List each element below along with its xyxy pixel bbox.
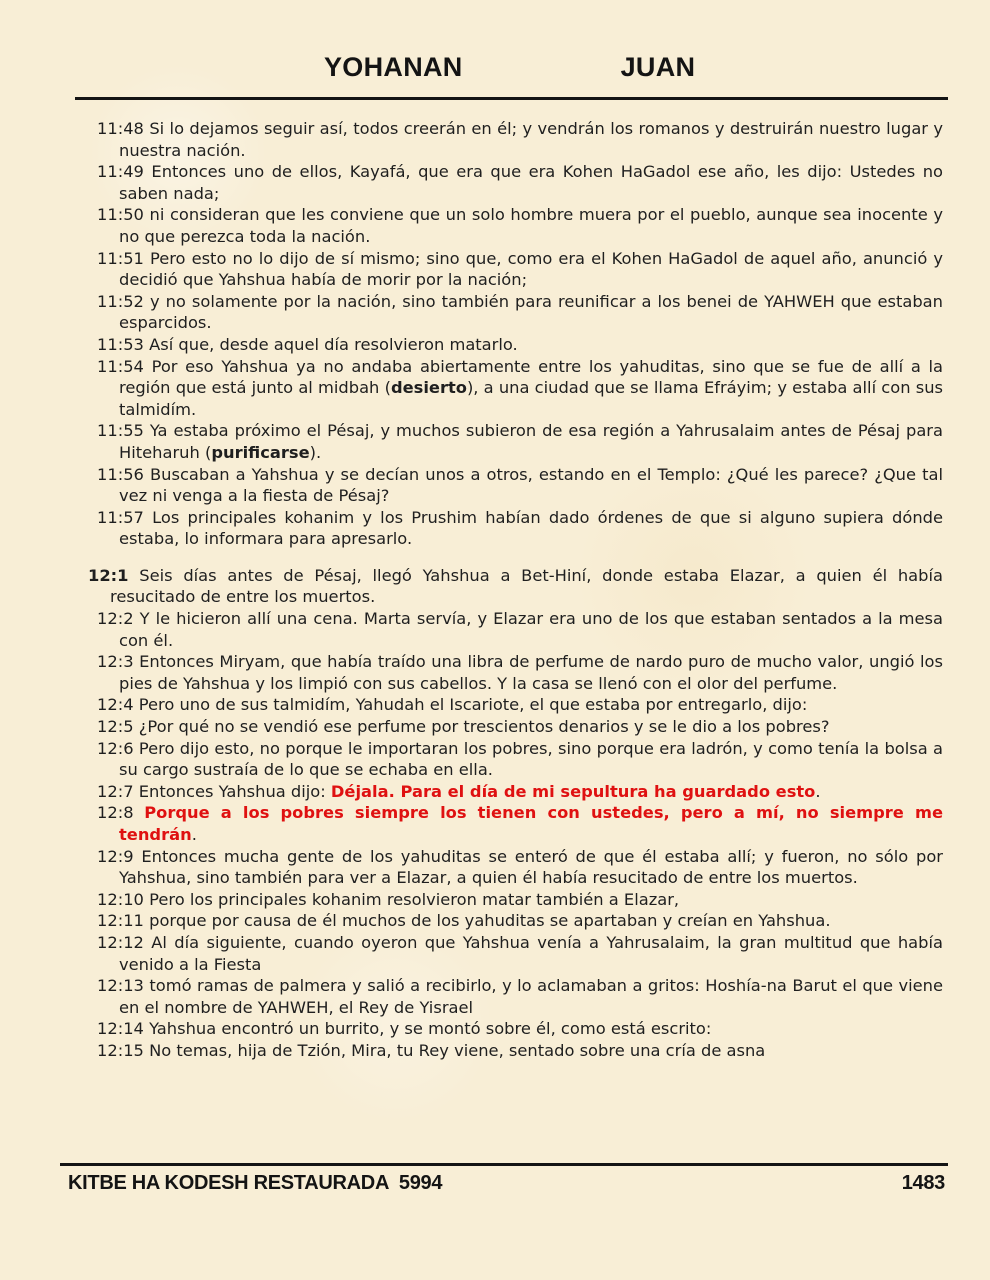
verse-number: 12:11 [97, 911, 144, 930]
verse-12-3: 12:3 Entonces Miryam, que había traído u… [97, 651, 943, 694]
verse-number: 12:14 [97, 1019, 144, 1038]
verse-number: 11:50 [97, 205, 144, 224]
verse-text: Si lo dejamos seguir así, todos creerán … [119, 119, 943, 160]
verse-text: Pero esto no lo dijo de sí mismo; sino q… [119, 249, 943, 290]
verse-12-8: 12:8 Porque a los pobres siempre los tie… [97, 802, 943, 845]
verse-text: Entonces Miryam, que había traído una li… [119, 652, 943, 693]
verse-list: 11:48 Si lo dejamos seguir así, todos cr… [97, 118, 943, 1062]
verse-12-15: 12:15 No temas, hija de Tzión, Mira, tu … [97, 1040, 943, 1062]
verse-12-4: 12:4 Pero uno de sus talmidím, Yahudah e… [97, 694, 943, 716]
verse-12-9: 12:9 Entonces mucha gente de los yahudit… [97, 846, 943, 889]
verse-text: ni consideran que les conviene que un so… [119, 205, 943, 246]
verse-text: Y le hicieron allí una cena. Marta serví… [119, 609, 943, 650]
verse-text: ). [310, 443, 322, 462]
verse-number: 11:56 [97, 465, 144, 484]
verse-text: tomó ramas de palmera y salió a recibirl… [119, 976, 943, 1017]
verse-text: Así que, desde aquel día resolvieron mat… [149, 335, 518, 354]
header-rule [75, 97, 948, 100]
verse-number: 12:5 [97, 717, 134, 736]
verse-number: 11:53 [97, 335, 144, 354]
verse-number: 12:3 [97, 652, 134, 671]
verse-number: 12:9 [97, 847, 134, 866]
verse-text: Entonces uno de ellos, Kayafá, que era q… [119, 162, 943, 203]
verse-text: Entonces Yahshua dijo: [139, 782, 331, 801]
verse-11-53: 11:53 Así que, desde aquel día resolvier… [97, 334, 943, 356]
verse-12-7: 12:7 Entonces Yahshua dijo: Déjala. Para… [97, 781, 943, 803]
verse-11-54: 11:54 Por eso Yahshua ya no andaba abier… [97, 356, 943, 421]
verse-text: Déjala. Para el día de mi sepultura ha g… [331, 782, 815, 801]
verse-text: Entonces mucha gente de los yahuditas se… [119, 847, 943, 888]
verse-text: Yahshua encontró un burrito, y se montó … [149, 1019, 711, 1038]
document-page: YOHANAN JUAN 11:48 Si lo dejamos seguir … [0, 0, 990, 1280]
verse-text: purificarse [211, 443, 309, 462]
verse-12-13: 12:13 tomó ramas de palmera y salió a re… [97, 975, 943, 1018]
verse-12-11: 12:11 porque por causa de él muchos de l… [97, 910, 943, 932]
verse-12-10: 12:10 Pero los principales kohanim resol… [97, 889, 943, 911]
verse-text: No temas, hija de Tzión, Mira, tu Rey vi… [149, 1041, 765, 1060]
verse-12-2: 12:2 Y le hicieron allí una cena. Marta … [97, 608, 943, 651]
verse-11-49: 11:49 Entonces uno de ellos, Kayafá, que… [97, 161, 943, 204]
verse-number: 11:51 [97, 249, 144, 268]
footer-title: KITBE HA KODESH RESTAURADA 5994 [68, 1172, 442, 1195]
verse-12-14: 12:14 Yahshua encontró un burrito, y se … [97, 1018, 943, 1040]
verse-number: 11:54 [97, 357, 144, 376]
verse-text: ¿Por qué no se vendió ese perfume por tr… [139, 717, 830, 736]
verse-11-48: 11:48 Si lo dejamos seguir así, todos cr… [97, 118, 943, 161]
verse-11-57: 11:57 Los principales kohanim y los Prus… [97, 507, 943, 550]
verse-text: desierto [391, 378, 467, 397]
page-footer: KITBE HA KODESH RESTAURADA 5994 1483 [68, 1172, 945, 1195]
verse-number: 12:13 [97, 976, 144, 995]
verse-11-56: 11:56 Buscaban a Yahshua y se decían uno… [97, 464, 943, 507]
verse-11-52: 11:52 y no solamente por la nación, sino… [97, 291, 943, 334]
verse-number: 11:57 [97, 508, 144, 527]
verse-text: porque por causa de él muchos de los yah… [149, 911, 830, 930]
verse-11-50: 11:50 ni consideran que les conviene que… [97, 204, 943, 247]
verse-number: 12:7 [97, 782, 134, 801]
verse-text: . [815, 782, 820, 801]
verse-number: 12:10 [97, 890, 144, 909]
verse-text: Pero los principales kohanim resolvieron… [149, 890, 679, 909]
header-title-right: JUAN [621, 52, 696, 82]
verse-12-1: 12:1 Seis días antes de Pésaj, llegó Yah… [88, 565, 943, 608]
verse-number: 12:15 [97, 1041, 144, 1060]
verse-number: 12:12 [97, 933, 144, 952]
verse-12-6: 12:6 Pero dijo esto, no porque le import… [97, 738, 943, 781]
verse-text: Pero dijo esto, no porque le importaran … [119, 739, 943, 780]
verse-text: Los principales kohanim y los Prushim ha… [119, 508, 943, 549]
verse-number: 12:6 [97, 739, 134, 758]
footer-rule [60, 1163, 948, 1166]
footer-page-number: 1483 [902, 1172, 945, 1195]
verse-number: 12:4 [97, 695, 134, 714]
verse-text: y no solamente por la nación, sino tambi… [119, 292, 943, 333]
verse-11-51: 11:51 Pero esto no lo dijo de sí mismo; … [97, 248, 943, 291]
verse-12-5: 12:5 ¿Por qué no se vendió ese perfume p… [97, 716, 943, 738]
verse-number: 12:8 [97, 803, 134, 822]
verse-number: 12:2 [97, 609, 134, 628]
verse-number: 11:48 [97, 119, 144, 138]
verse-text: Buscaban a Yahshua y se decían unos a ot… [119, 465, 943, 506]
verse-text: Pero uno de sus talmidím, Yahudah el Isc… [139, 695, 808, 714]
verse-text: . [192, 825, 197, 844]
verse-text: Al día siguiente, cuando oyeron que Yahs… [119, 933, 943, 974]
verse-12-12: 12:12 Al día siguiente, cuando oyeron qu… [97, 932, 943, 975]
page-header: YOHANAN JUAN [324, 52, 990, 82]
header-title-left: YOHANAN [324, 52, 463, 82]
verse-11-55: 11:55 Ya estaba próximo el Pésaj, y much… [97, 420, 943, 463]
verse-number: 12:1 [88, 566, 129, 585]
verse-text: Porque a los pobres siempre los tienen c… [119, 803, 943, 844]
verse-number: 11:52 [97, 292, 144, 311]
verse-number: 11:55 [97, 421, 144, 440]
verse-number: 11:49 [97, 162, 144, 181]
verse-text: Seis días antes de Pésaj, llegó Yahshua … [110, 566, 943, 607]
